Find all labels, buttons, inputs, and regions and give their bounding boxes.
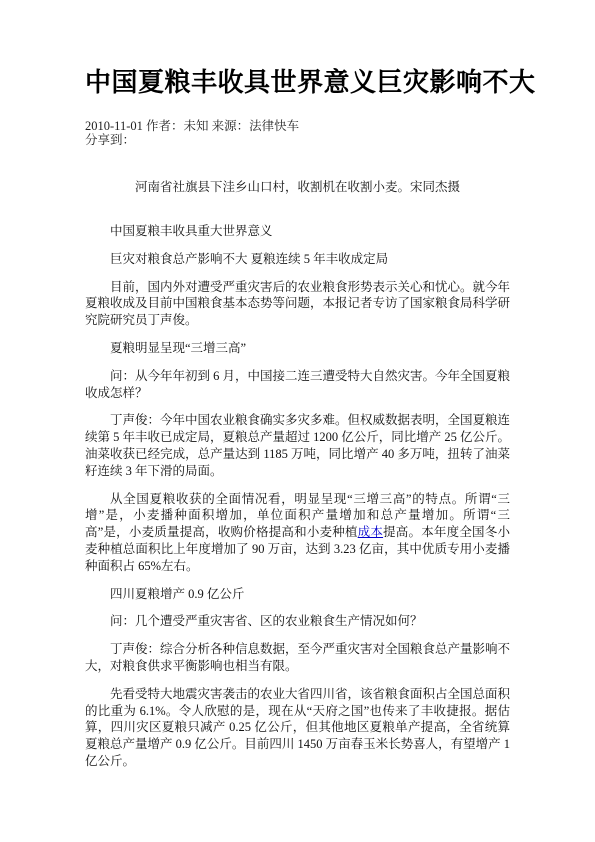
paragraph-text: 问：从今年年初到 6 月，中国接二连三遭受特大自然灾害。今年全国夏粮收成怎样？ xyxy=(85,369,510,400)
section-subheading: 四川夏粮增产 0.9 亿公斤 xyxy=(85,586,510,603)
paragraph: 目前，国内外对遭受严重灾害后的农业粮食形势表示关心和忧心。就今年夏粮收成及目前中… xyxy=(85,279,510,329)
cost-term-link[interactable]: 成本 xyxy=(358,525,383,539)
page-title: 中国夏粮丰收具世界意义巨灾影响不大 xyxy=(85,66,510,100)
paragraph-text: 目前，国内外对遭受严重灾害后的农业粮食形势表示关心和忧心。就今年夏粮收成及目前中… xyxy=(85,280,510,328)
paragraph: 丁声俊：综合分析各种信息数据，至今严重灾害对全国粮食总产量影响不大，对粮食供求平… xyxy=(85,641,510,675)
paragraph-text: 问：几个遭受严重灾害省、区的农业粮食生产情况如何？ xyxy=(110,614,423,628)
photo-caption: 河南省社旗县下洼乡山口村，收割机在收割小麦。宋同杰摄 xyxy=(85,180,510,194)
section-subheading: 中国夏粮丰收具重大世界意义 xyxy=(85,223,510,240)
paragraph: 问：几个遭受严重灾害省、区的农业粮食生产情况如何？ xyxy=(85,613,510,630)
paragraph: 丁声俊：今年中国农业粮食确实多灾多难。但权威数据表明，全国夏粮连续第 5 年丰收… xyxy=(85,412,510,479)
section-subheading: 巨灾对粮食总产影响不大 夏粮连续 5 年丰收成定局 xyxy=(85,251,510,268)
article-meta-block: 2010-11-01 作者：未知 来源：法律快车 分享到： xyxy=(85,119,510,147)
paragraph-text: 夏粮明显呈现“三增三高” xyxy=(110,341,246,355)
paragraph: 从全国夏粮收获的全面情况看，明显呈现“三增三高”的特点。所谓“三增”是，小麦播种… xyxy=(85,491,510,575)
paragraph: 先看受特大地震灾害袭击的农业大省四川省，该省粮食面积占全国总面积的比重为 6.1… xyxy=(85,686,510,770)
paragraph: 问：从今年年初到 6 月，中国接二连三遭受特大自然灾害。今年全国夏粮收成怎样？ xyxy=(85,368,510,402)
paragraph-text: 中国夏粮丰收具重大世界意义 xyxy=(110,224,273,238)
document-page: 中国夏粮丰收具世界意义巨灾影响不大 2010-11-01 作者：未知 来源：法律… xyxy=(0,0,595,842)
paragraph-text: 四川夏粮增产 0.9 亿公斤 xyxy=(110,587,244,601)
article-meta-line: 2010-11-01 作者：未知 来源：法律快车 xyxy=(85,119,510,133)
paragraph-text: 巨灾对粮食总产影响不大 夏粮连续 5 年丰收成定局 xyxy=(110,252,388,266)
section-subheading: 夏粮明显呈现“三增三高” xyxy=(85,340,510,357)
paragraph-text: 丁声俊：综合分析各种信息数据，至今严重灾害对全国粮食总产量影响不大，对粮食供求平… xyxy=(85,642,510,673)
article-body: 中国夏粮丰收具重大世界意义巨灾对粮食总产影响不大 夏粮连续 5 年丰收成定局目前… xyxy=(85,223,510,770)
paragraph-text: 丁声俊：今年中国农业粮食确实多灾多难。但权威数据表明，全国夏粮连续第 5 年丰收… xyxy=(85,413,510,477)
paragraph-text: 先看受特大地震灾害袭击的农业大省四川省，该省粮食面积占全国总面积的比重为 6.1… xyxy=(85,687,510,768)
share-label: 分享到： xyxy=(85,133,510,147)
